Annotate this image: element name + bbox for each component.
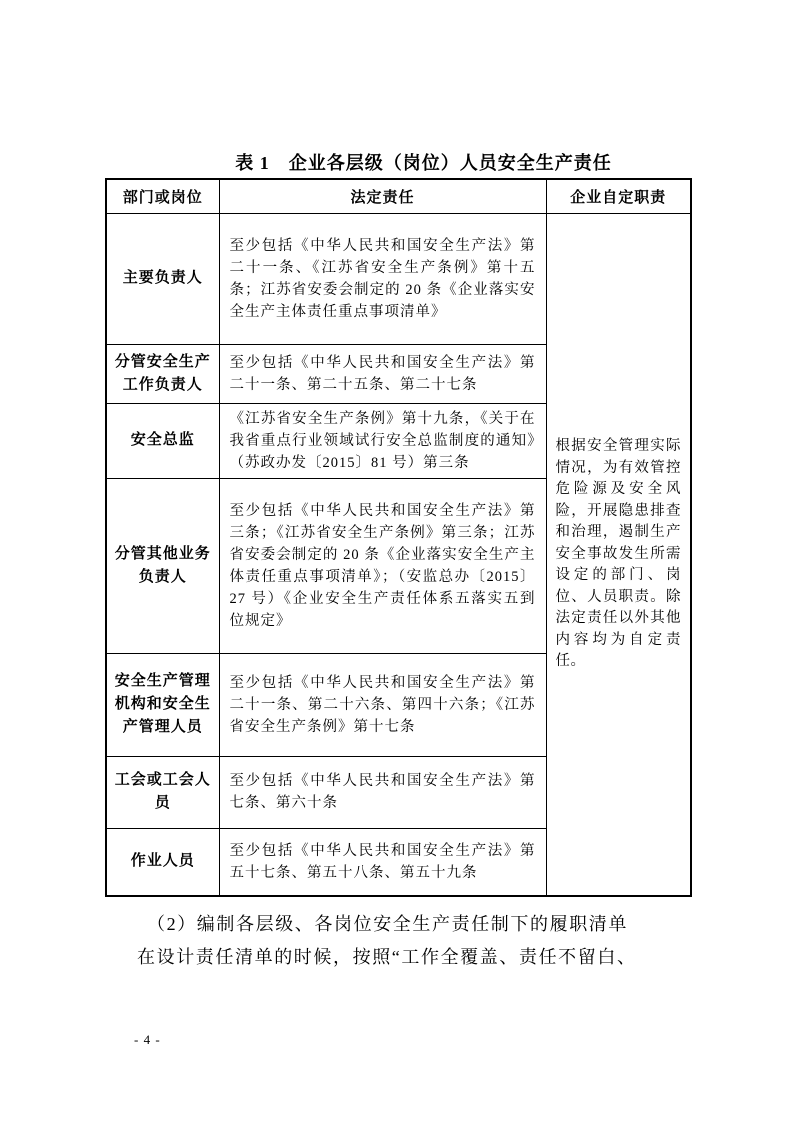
role-cell-principal: 主要负责人 — [106, 213, 219, 344]
col-header-custom-duty: 企业自定职责 — [546, 179, 691, 213]
legal-cell-union-staff: 至少包括《中华人民共和国安全生产法》第七条、第六十条 — [219, 756, 546, 828]
role-cell-safety-lead: 分管安全生产工作负责人 — [106, 344, 219, 403]
paragraph-line-2: 在设计责任清单的时候，按照“工作全覆盖、责任不留白、 — [137, 943, 637, 969]
col-header-legal-duty: 法定责任 — [219, 179, 546, 213]
role-cell-safety-director: 安全总监 — [106, 403, 219, 478]
table-header-row: 部门或岗位 法定责任 企业自定职责 — [106, 179, 691, 213]
legal-cell-principal: 至少包括《中华人民共和国安全生产法》第二十一条、《江苏省安全生产条例》第十五条；… — [219, 213, 546, 344]
legal-cell-safety-director: 《江苏省安全生产条例》第十九条，《关于在我省重点行业领域试行安全总监制度的通知》… — [219, 403, 546, 478]
legal-cell-safety-lead: 至少包括《中华人民共和国安全生产法》第二十一条、第二十五条、第二十七条 — [219, 344, 546, 403]
document-page: 表 1 企业各层级（岗位）人员安全生产责任 部门或岗位 法定责任 企业自定职责 … — [0, 0, 794, 1123]
legal-cell-operators: 至少包括《中华人民共和国安全生产法》第五十七条、第五十八条、第五十九条 — [219, 828, 546, 896]
legal-cell-other-business-lead: 至少包括《中华人民共和国安全生产法》第三条；《江苏省安全生产条例》第三条；江苏省… — [219, 478, 546, 653]
role-cell-safety-management-staff: 安全生产管理机构和安全生产管理人员 — [106, 653, 219, 756]
table-caption: 表 1 企业各层级（岗位）人员安全生产责任 — [105, 149, 690, 175]
responsibility-table: 部门或岗位 法定责任 企业自定职责 主要负责人 至少包括《中华人民共和国安全生产… — [105, 178, 692, 897]
col-header-department: 部门或岗位 — [106, 179, 219, 213]
table-row: 主要负责人 至少包括《中华人民共和国安全生产法》第二十一条、《江苏省安全生产条例… — [106, 213, 691, 344]
role-cell-other-business-lead: 分管其他业务负责人 — [106, 478, 219, 653]
role-cell-operators: 作业人员 — [106, 828, 219, 896]
paragraph-line-1: （2）编制各层级、各岗位安全生产责任制下的履职清单 — [147, 910, 628, 936]
custom-duty-note-cell: 根据安全管理实际情况，为有效管控危险源及安全风险，开展隐患排查和治理，遏制生产安… — [546, 213, 691, 896]
role-cell-union-staff: 工会或工会人员 — [106, 756, 219, 828]
legal-cell-safety-management-staff: 至少包括《中华人民共和国安全生产法》第二十一条、第二十六条、第四十六条；《江苏省… — [219, 653, 546, 756]
page-number: - 4 - — [134, 1032, 161, 1048]
